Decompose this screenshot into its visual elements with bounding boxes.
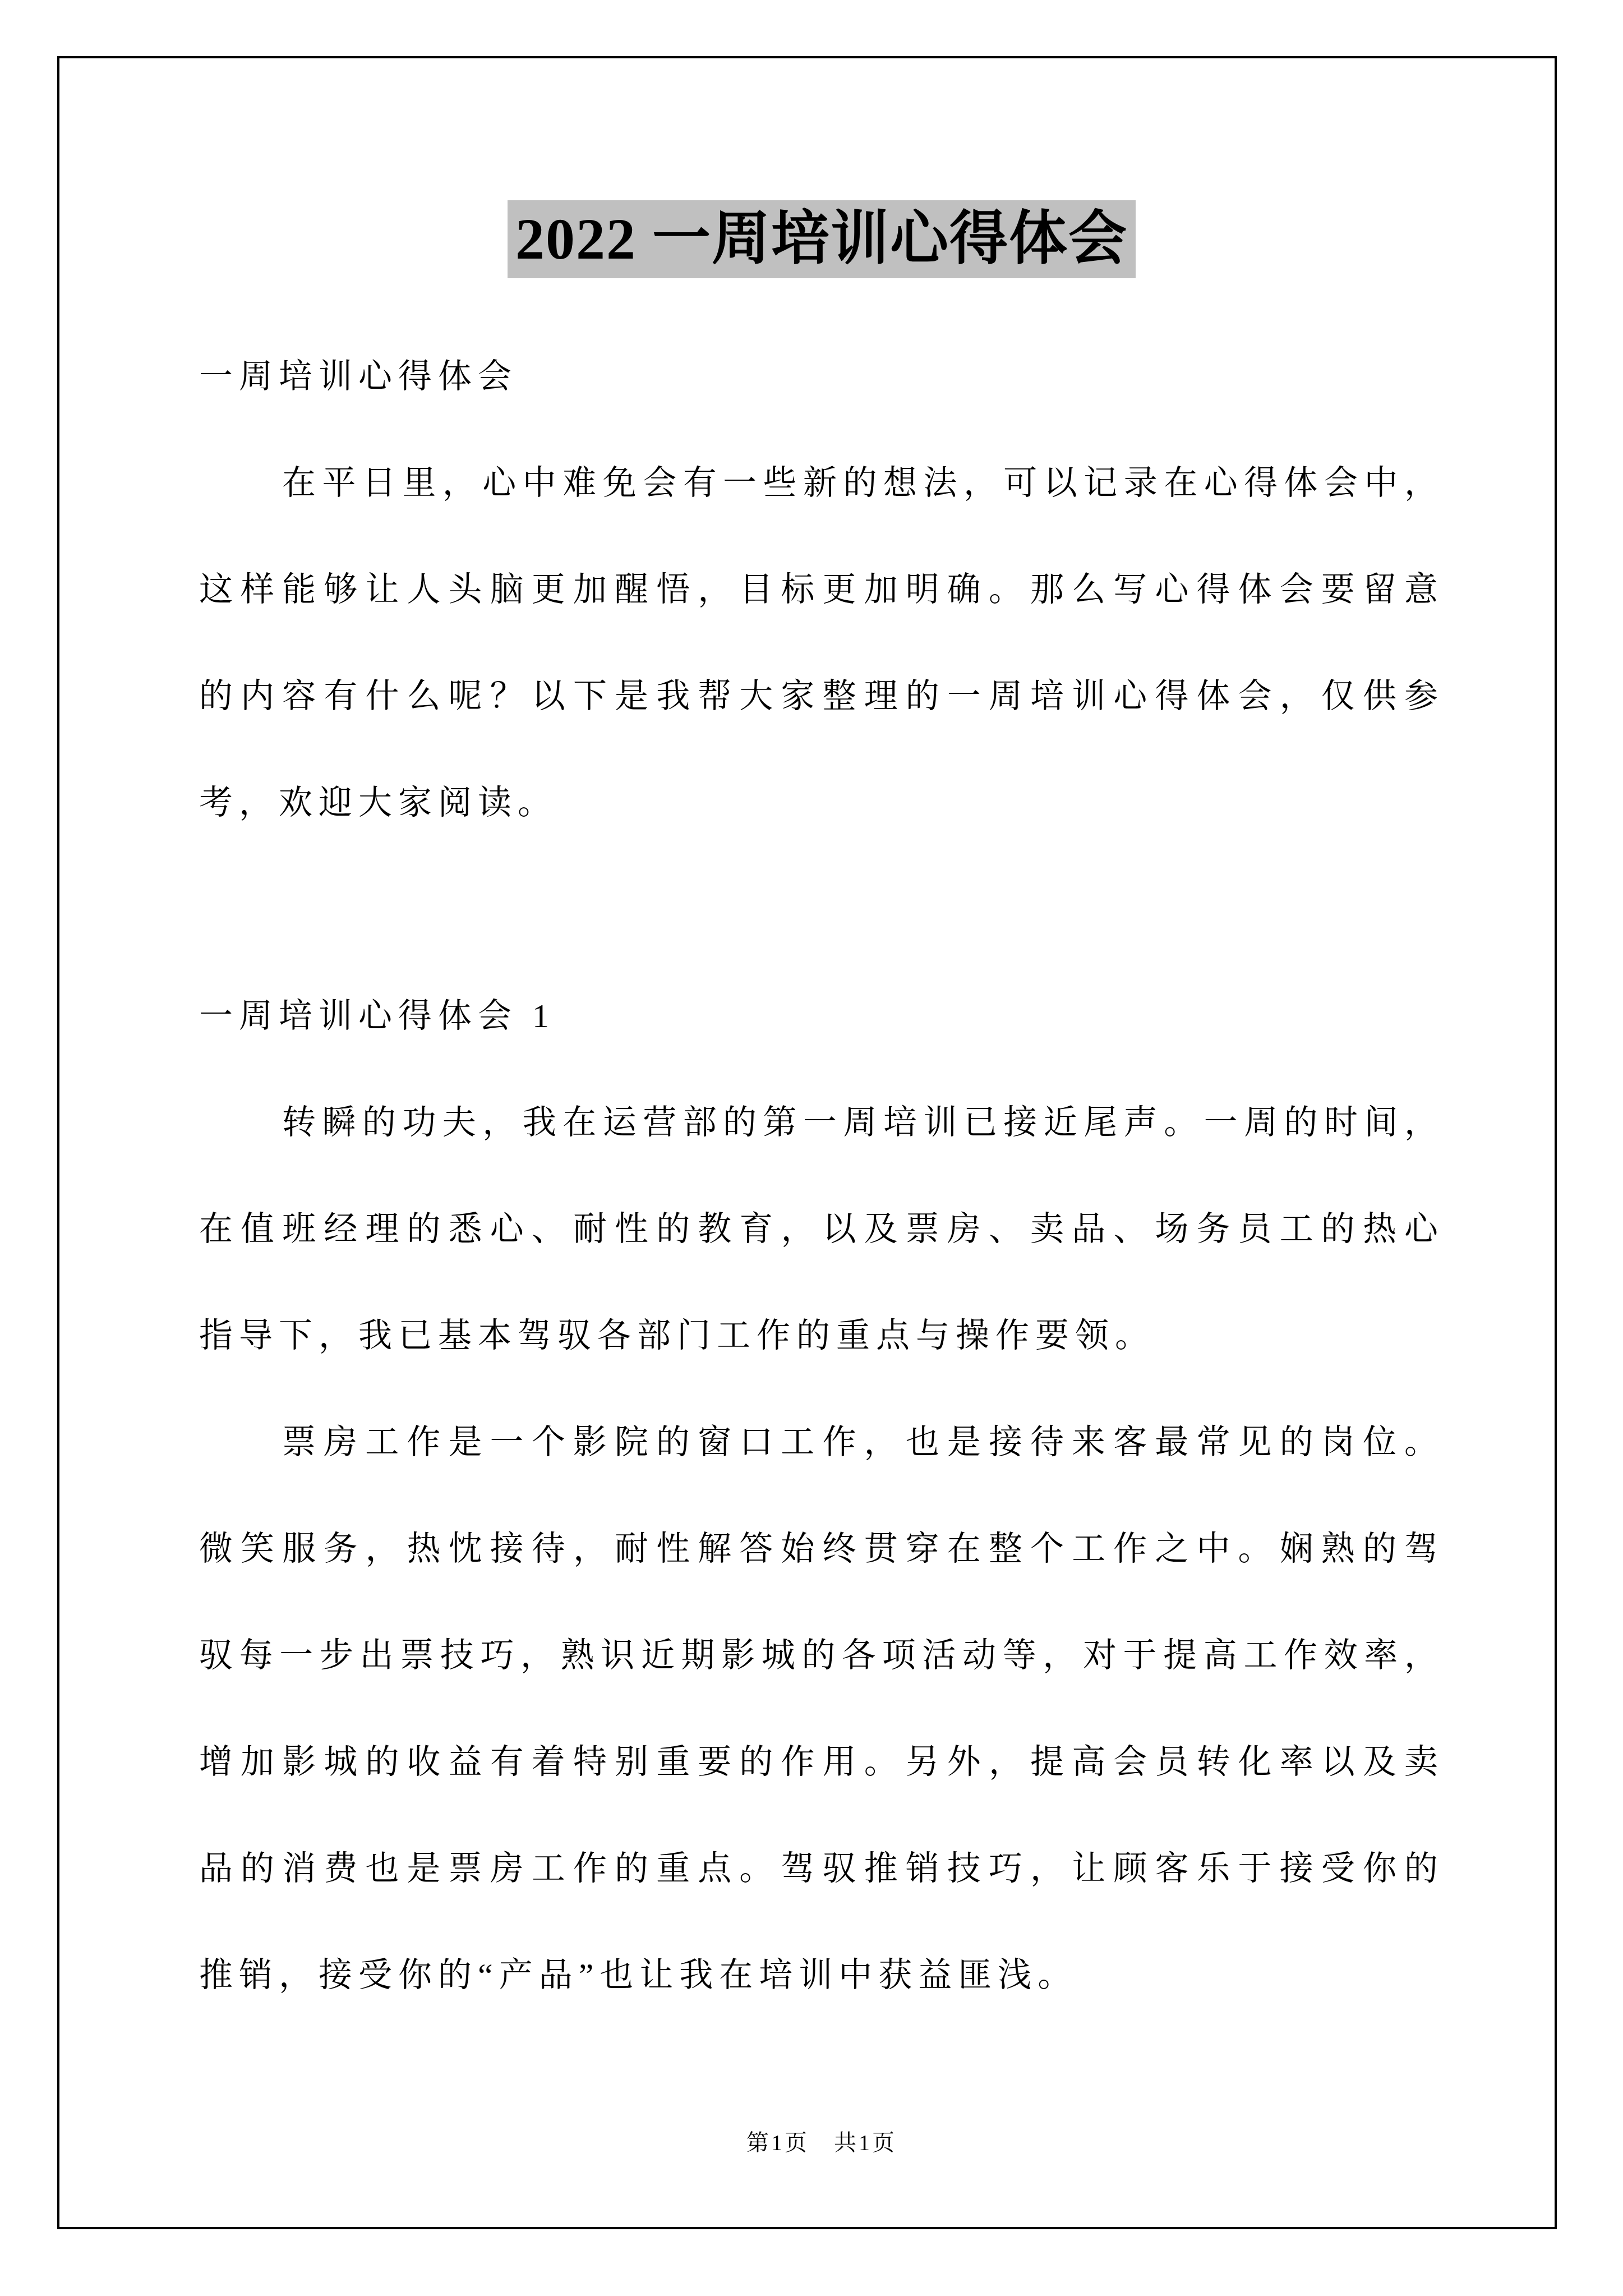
title-row: 2022 一周培训心得体会	[199, 200, 1444, 278]
paragraph-line: 在平日里，心中难免会有一些新的想法，可以记录在心得体会中，	[199, 430, 1444, 536]
document-content: 2022 一周培训心得体会 一周培训心得体会 在平日里，心中难免会有一些新的想法…	[199, 0, 1444, 2028]
paragraph-line: 一周培训心得体会	[199, 323, 1444, 430]
paragraph-line: 推销，接受你的“产品”也让我在培训中获益匪浅。	[199, 1922, 1444, 2028]
paragraph-line: 在值班经理的悉心、耐性的教育，以及票房、卖品、场务员工的热心	[199, 1176, 1444, 1282]
document-title: 2022 一周培训心得体会	[508, 200, 1136, 278]
page-footer: 第1页 共1页	[199, 2129, 1444, 2157]
paragraph-line: 品的消费也是票房工作的重点。驾驭推销技巧，让顾客乐于接受你的	[199, 1815, 1444, 1922]
paragraph-line: 指导下，我已基本驾驭各部门工作的重点与操作要领。	[199, 1282, 1444, 1389]
section-heading: 一周培训心得体会 1	[199, 963, 1444, 1069]
document-page: 2022 一周培训心得体会 一周培训心得体会 在平日里，心中难免会有一些新的想法…	[0, 0, 1623, 2296]
paragraph-line: 票房工作是一个影院的窗口工作，也是接待来客最常见的岗位。	[199, 1389, 1444, 1496]
paragraph-line: 增加影城的收益有着特别重要的作用。另外，提高会员转化率以及卖	[199, 1709, 1444, 1815]
paragraph-line: 驭每一步出票技巧，熟识近期影城的各项活动等，对于提高工作效率，	[199, 1602, 1444, 1709]
paragraph-line: 这样能够让人头脑更加醒悟，目标更加明确。那么写心得体会要留意	[199, 536, 1444, 643]
paragraph-line: 微笑服务，热忱接待，耐性解答始终贯穿在整个工作之中。娴熟的驾	[199, 1496, 1444, 1602]
paragraph-line: 转瞬的功夫，我在运营部的第一周培训已接近尾声。一周的时间，	[199, 1069, 1444, 1176]
empty-line	[199, 856, 1444, 963]
paragraph-line: 考，欢迎大家阅读。	[199, 749, 1444, 856]
paragraph-line: 的内容有什么呢？以下是我帮大家整理的一周培训心得体会，仅供参	[199, 643, 1444, 749]
